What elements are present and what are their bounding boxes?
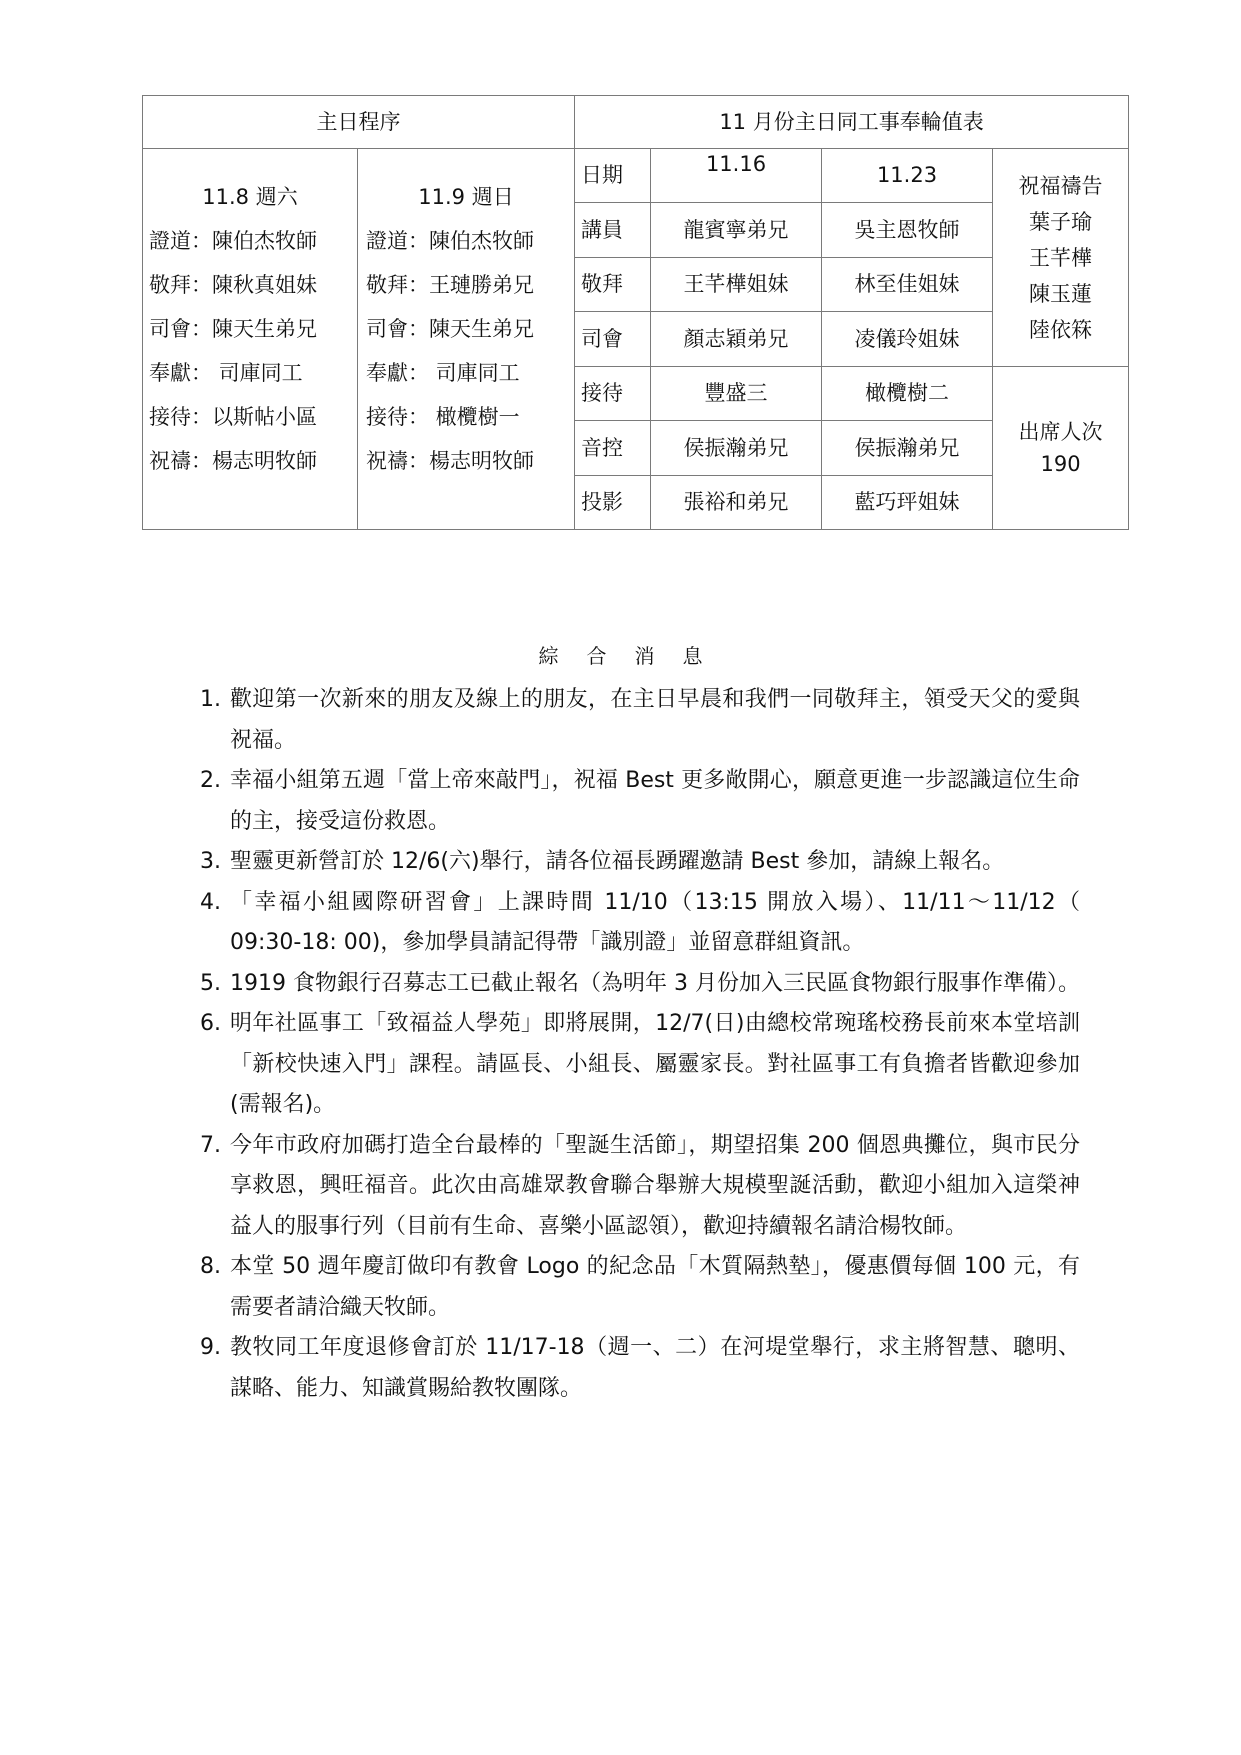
news-item: 5.1919 食物銀行召募志工已截止報名（為明年 3 月份加入三民區食物銀行服事… (200, 964, 1080, 1005)
service-date: 11.9 週日 (358, 175, 574, 219)
duty-label-date: 日期 (575, 149, 651, 203)
program-line-benediction: 祝禱：楊志明牧師 (358, 439, 574, 483)
duty-cell: 豐盛三 (651, 367, 822, 421)
news-item: 6.明年社區事工「致福益人學苑」即將展開，12/7(日)由總校常琬瑤校務長前來本… (200, 1004, 1080, 1126)
duty-roster-header: 11 月份主日同工事奉輪值表 (575, 96, 1129, 149)
duty-cell: 凌儀玲姐妹 (822, 312, 993, 367)
program-line-ushers: 接待：以斯帖小區 (143, 395, 357, 439)
news-title: 綜合消息 (0, 640, 1241, 669)
sunday-schedule-table: 主日程序 11 月份主日同工事奉輪值表 11.8 週六 證道：陳伯杰牧師 敬拜：… (142, 95, 1129, 530)
duty-cell: 藍巧玶姐妹 (822, 476, 993, 530)
duty-row-label: 音控 (575, 421, 651, 476)
attendance-cell: 出席人次 190 (993, 367, 1129, 530)
duty-cell: 王芊樺姐妹 (651, 258, 822, 312)
duty-row-label: 投影 (575, 476, 651, 530)
blessing-prayer-name: 陳玉蓮 (993, 276, 1128, 312)
blessing-prayer-cell: 祝福禱告 葉子瑜 王芊樺 陳玉蓮 陸依箖 (993, 149, 1129, 367)
news-item: 7.今年市政府加碼打造全台最棒的「聖誕生活節」，期望招集 200 個恩典攤位，與… (200, 1126, 1080, 1248)
program-line-benediction: 祝禱：楊志明牧師 (143, 439, 357, 483)
duty-cell: 吳主恩牧師 (822, 203, 993, 258)
blessing-prayer-name: 葉子瑜 (993, 204, 1128, 240)
news-list: 1.歡迎第一次新來的朋友及線上的朋友，在主日早晨和我們一同敬拜主，領受天父的愛與… (200, 680, 1080, 1409)
program-line-ushers: 接待： 橄欖樹一 (358, 395, 574, 439)
service-date: 11.8 週六 (143, 175, 357, 219)
news-item: 8.本堂 50 週年慶訂做印有教會 Logo 的紀念品「木質隔熱墊」，優惠價每個… (200, 1247, 1080, 1328)
duty-cell: 侯振瀚弟兄 (822, 421, 993, 476)
blessing-prayer-title: 祝福禱告 (993, 168, 1128, 204)
duty-row-label: 接待 (575, 367, 651, 421)
duty-row-label: 司會 (575, 312, 651, 367)
duty-cell: 橄欖樹二 (822, 367, 993, 421)
program-line-host: 司會：陳天生弟兄 (143, 307, 357, 351)
duty-row-label: 講員 (575, 203, 651, 258)
program-line-worship: 敬拜：王璉勝弟兄 (358, 263, 574, 307)
program-line-offering: 奉獻： 司庫同工 (358, 351, 574, 395)
program-header: 主日程序 (143, 96, 575, 149)
duty-cell: 龍賓寧弟兄 (651, 203, 822, 258)
duty-row-label: 敬拜 (575, 258, 651, 312)
service-sunday: 11.9 週日 證道：陳伯杰牧師 敬拜：王璉勝弟兄 司會：陳天生弟兄 奉獻： 司… (358, 149, 575, 530)
program-line-sermon: 證道：陳伯杰牧師 (358, 219, 574, 263)
news-item: 2.幸福小組第五週「當上帝來敲門」，祝福 Best 更多敞開心，願意更進一步認識… (200, 761, 1080, 842)
duty-cell: 張裕和弟兄 (651, 476, 822, 530)
duty-cell: 顏志穎弟兄 (651, 312, 822, 367)
service-saturday: 11.8 週六 證道：陳伯杰牧師 敬拜：陳秋真姐妹 司會：陳天生弟兄 奉獻： 司… (143, 149, 358, 530)
duty-cell: 林至佳姐妹 (822, 258, 993, 312)
duty-cell: 侯振瀚弟兄 (651, 421, 822, 476)
blessing-prayer-name: 陸依箖 (993, 312, 1128, 348)
news-item: 3.聖靈更新營訂於 12/6(六)舉行，請各位福長踴躍邀請 Best 參加，請線… (200, 842, 1080, 883)
news-item: 9.教牧同工年度退修會訂於 11/17-18（週一、二）在河堤堂舉行，求主將智慧… (200, 1328, 1080, 1409)
news-item: 4.「幸福小組國際研習會」上課時間 11/10（13:15 開放入場）、11/1… (200, 883, 1080, 964)
program-line-host: 司會：陳天生弟兄 (358, 307, 574, 351)
program-line-worship: 敬拜：陳秋真姐妹 (143, 263, 357, 307)
blessing-prayer-name: 王芊樺 (993, 240, 1128, 276)
attendance-count: 190 (993, 448, 1128, 480)
program-line-sermon: 證道：陳伯杰牧師 (143, 219, 357, 263)
news-item: 1.歡迎第一次新來的朋友及線上的朋友，在主日早晨和我們一同敬拜主，領受天父的愛與… (200, 680, 1080, 761)
program-line-offering: 奉獻： 司庫同工 (143, 351, 357, 395)
duty-date-2: 11.23 (822, 149, 993, 203)
duty-date-1: 11.16 (651, 149, 822, 203)
attendance-label: 出席人次 (993, 416, 1128, 448)
